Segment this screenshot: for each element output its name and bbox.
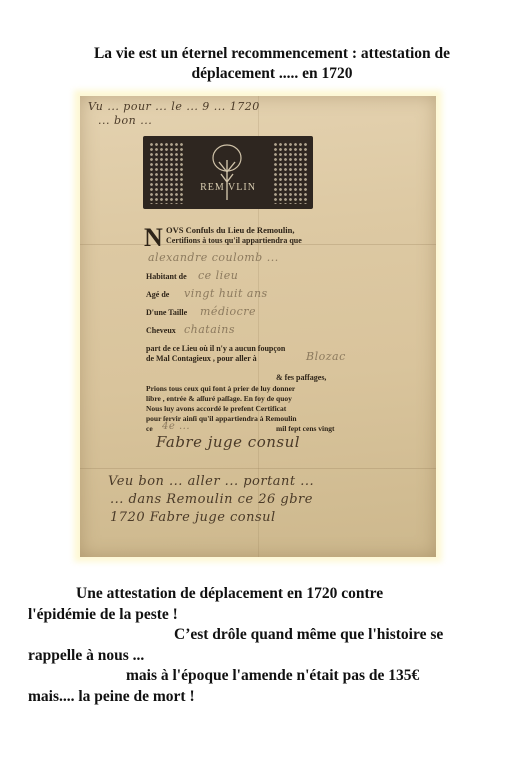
seal-label: REM VLIN: [187, 182, 269, 193]
taille-label: D'une Taille: [146, 308, 187, 317]
caption-line-6: mais.... la peine de mort !: [28, 687, 508, 708]
consul-signature: Fabre juge consul: [156, 433, 300, 451]
caption-line-1: Une attestation de déplacement en 1720 c…: [28, 584, 508, 605]
remoulin-seal-stamp: REM VLIN: [143, 136, 313, 209]
title-line-2: déplacement ..... en 1720: [0, 64, 526, 84]
title-line-1: La vie est un éternel recommencement : a…: [0, 44, 526, 64]
printed-body-line-1: part de ce Lieu où il n'y a aucun foupço…: [146, 344, 285, 353]
historic-document-photo: Vu ... pour ... le ... 9 ... 1720 ... bo…: [80, 96, 436, 557]
handwritten-header-line-1: Vu ... pour ... le ... 9 ... 1720: [88, 100, 260, 113]
tower-icon: [149, 142, 183, 204]
page-title: La vie est un éternel recommencement : a…: [0, 44, 526, 84]
printed-body-line-8: ce: [146, 424, 153, 433]
printed-body-line-5: libre , entrée & aſſuré paſſage. En foy …: [146, 394, 292, 403]
caption-line-3: C’est drôle quand même que l'histoire se: [28, 625, 508, 646]
tree-icon: [209, 142, 245, 202]
age-value: vingt huit ans: [184, 287, 268, 300]
cheveux-value: chatains: [184, 323, 235, 336]
habitant-value: ce lieu: [198, 269, 238, 282]
handwritten-footer-line-2: ... dans Remoulin ce 26 gbre: [110, 492, 313, 507]
handwritten-footer-line-1: Veu bon ... aller ... portant ...: [108, 474, 314, 489]
drop-cap: N: [144, 223, 163, 253]
printed-body-line-3: & fes paffages,: [276, 373, 326, 382]
printed-body-line-2: de Mal Contagieux , pour aller à: [146, 354, 257, 363]
printed-intro-line-2: Certifions à tous qu'il appartiendra que: [166, 236, 302, 245]
caption-line-4: rappelle à nous ...: [28, 646, 508, 667]
handwritten-footer-line-3: 1720 Fabre juge consul: [110, 510, 276, 525]
habitant-label: Habitant de: [146, 272, 187, 281]
handwritten-header-line-2: ... bon ...: [98, 114, 152, 127]
caption-line-5: mais à l'époque l'amende n'était pas de …: [28, 666, 508, 687]
printed-body-line-4: Prions tous ceux qui font à prier de luy…: [146, 384, 295, 393]
printed-intro-line-1: OVS Confuls du Lieu de Remoulin,: [166, 225, 294, 235]
destination-value: Blozac: [306, 350, 346, 363]
printed-body-line-8b: mil fept cens vingt: [276, 424, 335, 433]
printed-body-line-6: Nous luy avons accordé le prefent Certif…: [146, 404, 286, 413]
caption-line-2: l'épidémie de la peste !: [28, 605, 508, 626]
cheveux-label: Cheveux: [146, 326, 176, 335]
date-value: 4e ...: [162, 421, 190, 432]
tower-icon: [273, 142, 307, 204]
caption-text: Une attestation de déplacement en 1720 c…: [28, 584, 508, 707]
taille-value: médiocre: [200, 305, 256, 318]
age-label: Agé de: [146, 290, 169, 299]
handwritten-name: alexandre coulomb ...: [148, 251, 279, 264]
